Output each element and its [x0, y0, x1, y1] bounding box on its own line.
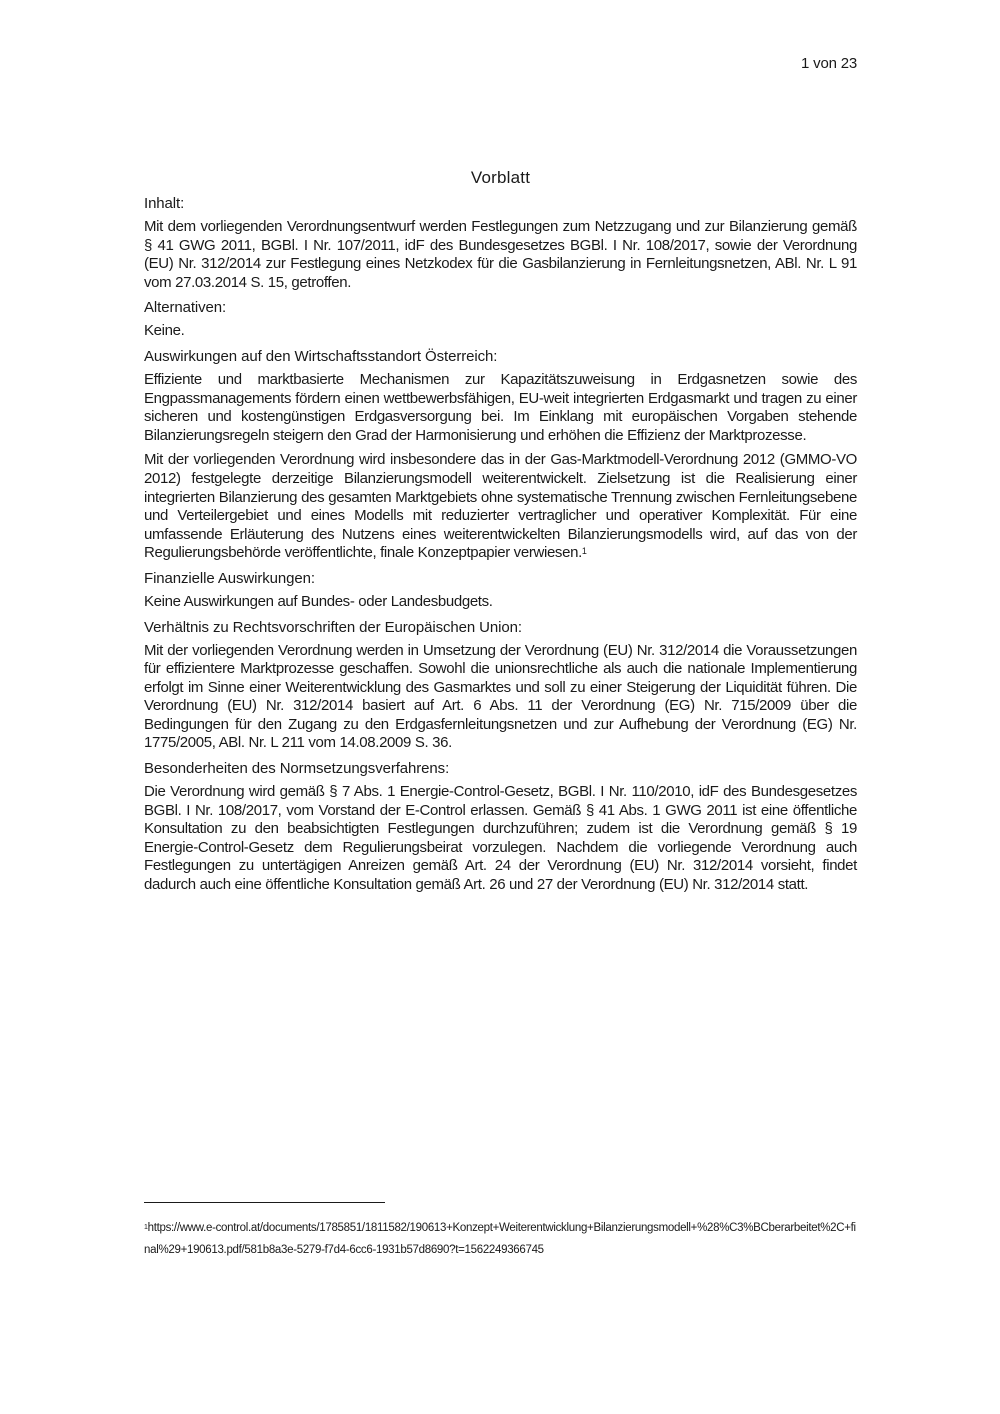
section-eu-recht: Verhältnis zu Rechtsvorschriften der Eur… [144, 618, 857, 754]
section-wirtschaftsstandort: Auswirkungen auf den Wirtschaftsstandort… [144, 347, 857, 563]
section-alternativen: Alternativen: Keine. [144, 298, 857, 341]
paragraph-text: Mit der vorliegenden Verordnung wird ins… [144, 451, 857, 561]
paragraph: Mit der vorliegenden Verordnung werden i… [144, 642, 857, 754]
section-inhalt: Inhalt: Mit dem vorliegenden Verordnungs… [144, 194, 857, 292]
footnote-reference[interactable]: 1 [582, 546, 587, 556]
paragraph-with-footnote: Mit der vorliegenden Verordnung wird ins… [144, 451, 857, 563]
section-heading: Auswirkungen auf den Wirtschaftsstandort… [144, 347, 857, 366]
footnote: 1https://www.e-control.at/documents/1785… [144, 1218, 859, 1261]
section-heading: Verhältnis zu Rechtsvorschriften der Eur… [144, 618, 857, 637]
paragraph: Keine Auswirkungen auf Bundes- oder Land… [144, 593, 857, 612]
footnote-separator [144, 1202, 385, 1203]
section-heading: Inhalt: [144, 194, 857, 213]
paragraph: Effiziente und marktbasierte Mechanismen… [144, 371, 857, 445]
paragraph: Mit dem vorliegenden Verordnungsentwurf … [144, 218, 857, 292]
document-body: Vorblatt Inhalt: Mit dem vorliegenden Ve… [144, 168, 857, 901]
footnote-link[interactable]: https://www.e-control.at/documents/17858… [144, 1222, 856, 1256]
section-normsetzungsverfahren: Besonderheiten des Normsetzungsverfahren… [144, 759, 857, 895]
document-title: Vorblatt [144, 168, 857, 188]
footnote-marker: 1 [144, 1224, 148, 1231]
section-heading: Finanzielle Auswirkungen: [144, 569, 857, 588]
page-number: 1 von 23 [801, 55, 857, 72]
section-finanzielle-auswirkungen: Finanzielle Auswirkungen: Keine Auswirku… [144, 569, 857, 612]
section-heading: Alternativen: [144, 298, 857, 317]
section-heading: Besonderheiten des Normsetzungsverfahren… [144, 759, 857, 778]
paragraph: Keine. [144, 322, 857, 341]
paragraph: Die Verordnung wird gemäß § 7 Abs. 1 Ene… [144, 783, 857, 895]
